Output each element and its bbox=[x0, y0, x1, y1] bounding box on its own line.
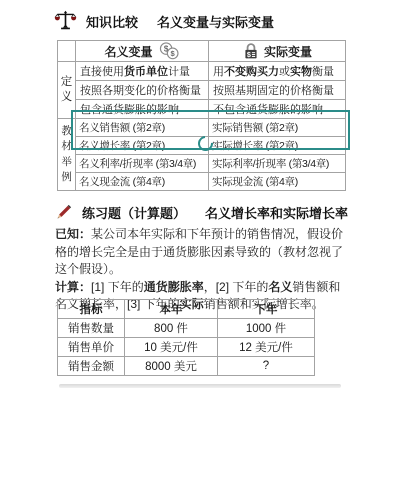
cell-ex-3-real: 实际现金流 (第4章) bbox=[209, 173, 346, 191]
dollar-lock-icon: $ bbox=[242, 42, 260, 60]
cell-def-2-real: 不包含通货膨胀的影响 bbox=[209, 100, 346, 119]
real-header-label: 实际变量 bbox=[264, 43, 312, 60]
known-paragraph: 已知：某公司本年实际和下年预计的销售情况，假设价格的增长完全是由于通货膨胀因素导… bbox=[55, 226, 351, 279]
header-next-year: 下年 bbox=[218, 300, 315, 319]
svg-text:$: $ bbox=[247, 50, 251, 59]
cell-def-0-real: 用不变购买力或实物衡量 bbox=[209, 62, 346, 81]
header-this-year: 本年 bbox=[125, 300, 218, 319]
table-row: 销售单价 10 美元/件 12 美元/件 bbox=[58, 338, 315, 357]
cell-def-1-real: 按照基期固定的价格衡量 bbox=[209, 81, 346, 100]
sales-data-table: 指标 本年 下年 销售数量 800 件 1000 件 销售单价 10 美元/件 … bbox=[57, 299, 315, 376]
cell-ex-3-nominal: 名义现金流 (第4章) bbox=[76, 173, 209, 191]
comparison-table: 名义变量 $ $ bbox=[57, 40, 346, 191]
nominal-header-cell: 名义变量 $ $ bbox=[76, 41, 209, 62]
cell-def-0-nominal: 直接使用货币单位计量 bbox=[76, 62, 209, 81]
cell-price-next-year: 12 美元/件 bbox=[218, 338, 315, 357]
cell-def-2-nominal: 包含通货膨胀的影响 bbox=[76, 100, 209, 119]
cell-ex-2-real: 实际利率/折现率 (第3/4章) bbox=[209, 155, 346, 173]
document-page: 知识比较 名义变量与实际变量 名义变量 $ $ bbox=[0, 0, 399, 500]
table-row: 销售数量 800 件 1000 件 bbox=[58, 319, 315, 338]
nominal-header-label: 名义变量 bbox=[104, 43, 152, 60]
cell-qty-this-year: 800 件 bbox=[125, 319, 218, 338]
cell-ex-1-real: 实际增长率 (第2章) bbox=[209, 137, 346, 155]
section2-title-text: 名义增长率和实际增长率 bbox=[205, 203, 348, 222]
definition-row: 定义 直接使用货币单位计量 用不变购买力或实物衡量 bbox=[58, 62, 346, 81]
definition-row: 包含通货膨胀的影响 不包含通货膨胀的影响 bbox=[58, 100, 346, 119]
example-row: 名义现金流 (第4章) 实际现金流 (第4章) bbox=[58, 173, 346, 191]
cell-ex-2-nominal: 名义利率/折现率 (第3/4章) bbox=[76, 155, 209, 173]
definition-section-label: 定义 bbox=[58, 62, 76, 119]
cell-amount-this-year: 8000 美元 bbox=[125, 357, 218, 376]
section1-title-text: 名义变量与实际变量 bbox=[157, 12, 274, 31]
cell-ex-0-real: 实际销售额 (第2章) bbox=[209, 119, 346, 137]
example-row: 名义利率/折现率 (第3/4章) 实际利率/折现率 (第3/4章) bbox=[58, 155, 346, 173]
real-header-cell: $ 实际变量 bbox=[209, 41, 346, 62]
section2-title-label: 练习题（计算题） bbox=[82, 203, 186, 222]
definition-row: 按照各期变化的价格衡量 按照基期固定的价格衡量 bbox=[58, 81, 346, 100]
corner-cell bbox=[58, 41, 76, 62]
section1-title-label: 知识比较 bbox=[86, 12, 138, 31]
cell-def-1-nominal: 按照各期变化的价格衡量 bbox=[76, 81, 209, 100]
cell-amount-next-year: ? bbox=[218, 357, 315, 376]
cell-qty-next-year: 1000 件 bbox=[218, 319, 315, 338]
cell-price-label: 销售单价 bbox=[58, 338, 125, 357]
cell-price-this-year: 10 美元/件 bbox=[125, 338, 218, 357]
cell-ex-1-nominal: 名义增长率 (第2章) bbox=[76, 137, 209, 155]
cell-amount-label: 销售金额 bbox=[58, 357, 125, 376]
example-row: 教材举例 名义销售额 (第2章) 实际销售额 (第2章) bbox=[58, 119, 346, 137]
comparison-header-row: 名义变量 $ $ bbox=[58, 41, 346, 62]
balance-scale-icon bbox=[54, 10, 77, 33]
cell-ex-0-nominal: 名义销售额 (第2章) bbox=[76, 119, 209, 137]
dollar-coins-icon: $ $ bbox=[157, 42, 180, 60]
pencil-icon bbox=[54, 203, 73, 222]
header-indicator: 指标 bbox=[58, 300, 125, 319]
data-table-header-row: 指标 本年 下年 bbox=[58, 300, 315, 319]
table-row: 销售金额 8000 美元 ? bbox=[58, 357, 315, 376]
section2-header: 练习题（计算题） 名义增长率和实际增长率 bbox=[54, 203, 348, 222]
cell-qty-label: 销售数量 bbox=[58, 319, 125, 338]
page-divider bbox=[59, 384, 341, 388]
section1-header: 知识比较 名义变量与实际变量 bbox=[54, 10, 274, 33]
examples-section-label: 教材举例 bbox=[58, 119, 76, 191]
